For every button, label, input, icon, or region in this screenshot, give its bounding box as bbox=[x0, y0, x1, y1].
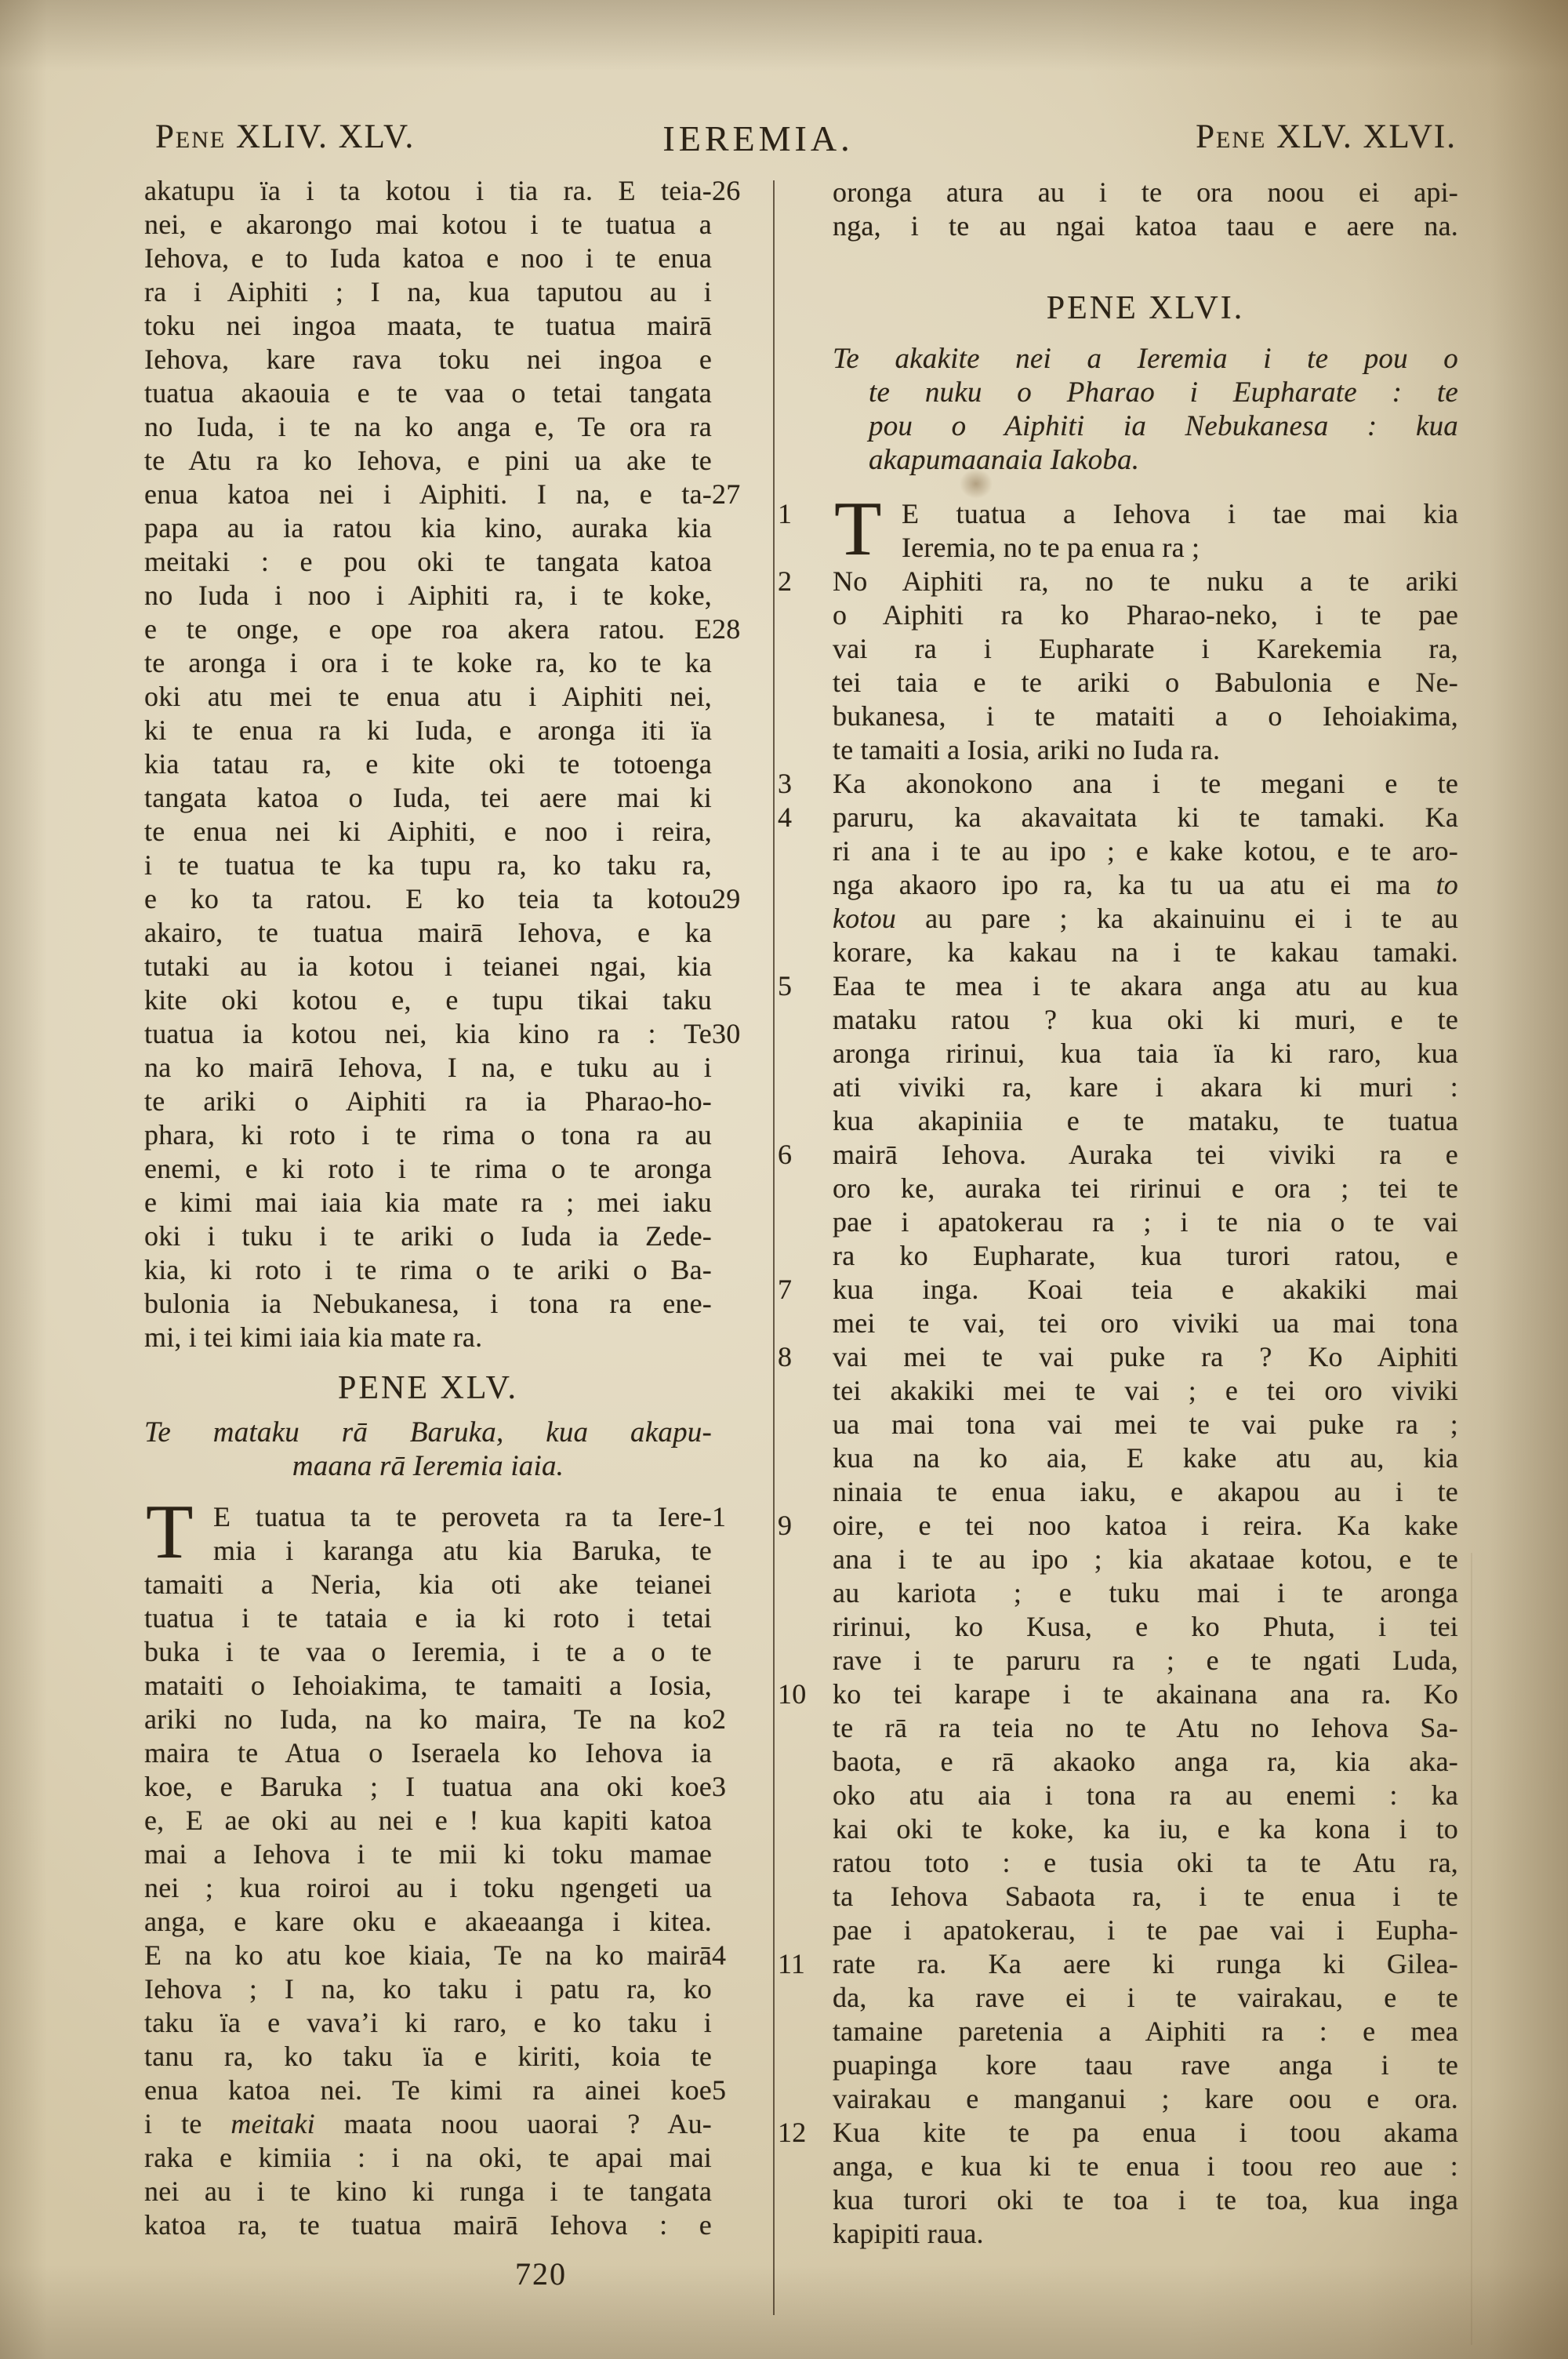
chapter-summary-line: maana rā Ieremia iaia. bbox=[144, 1449, 712, 1483]
text-line: ninaia te enua iaku, e akapou au i te bbox=[833, 1475, 1458, 1509]
text-segment: kia tatau ra, e kite oki te totoenga bbox=[144, 748, 712, 780]
text-segment: nei ; kua roiroi au i toku ngengeti ua bbox=[144, 1872, 712, 1903]
text-line: kite oki kotou e, e tupu tikai taku bbox=[144, 983, 712, 1017]
text-segment: te ariki o Aiphiti ra ia Pharao-ho- bbox=[144, 1085, 712, 1117]
text-segment: kua inga. Koai teia e akakiki mai bbox=[833, 1274, 1458, 1305]
text-segment: Iehova, e to Iuda katoa e noo i te enua bbox=[144, 242, 712, 274]
text-line: ta Iehova Sabaota ra, i te enua i te bbox=[833, 1880, 1458, 1914]
text-segment: te aronga i ora i te koke ra, ko te ka bbox=[144, 647, 712, 678]
verse-number: 11 bbox=[778, 1947, 822, 1981]
text-line: tamaiti a Neria, kia oti ake teianei bbox=[144, 1568, 712, 1601]
verse-text-block: 26akatupu ïa i ta kotou i tia ra. E teia… bbox=[144, 174, 712, 1354]
text-line: 1TE tuatua ta te peroveta ra ta Iere- bbox=[144, 1500, 712, 1534]
text-line: papa au ia ratou kia kino, auraka kia bbox=[144, 511, 712, 545]
text-line: na ko mairā Iehova, I na, e tuku au i bbox=[144, 1051, 712, 1085]
text-segment: tamaiti a Neria, kia oti ake teianei bbox=[144, 1568, 712, 1600]
verse-number: 3 bbox=[712, 1770, 756, 1804]
text-line: oko atu aia i tona ra au enemi : ka bbox=[833, 1779, 1458, 1812]
text-line: vai ra i Eupharate i Karekemia ra, bbox=[833, 632, 1458, 666]
text-line: toku nei ingoa maata, te tuatua mairā bbox=[144, 309, 712, 343]
text-segment: ati viviki ra, kare i akara ki muri : bbox=[833, 1071, 1458, 1103]
text-segment: mi, i tei kimi iaia kia mate ra. bbox=[144, 1321, 482, 1353]
text-segment: ririnui, ko Kusa, e ko Phuta, i tei bbox=[833, 1611, 1458, 1642]
text-segment: paruru, ka akavaitata ki te tamaki. Ka bbox=[833, 801, 1458, 833]
text-line: tangata katoa o Iuda, tei aere mai ki bbox=[144, 781, 712, 815]
text-segment: aronga ririnui, kua taia ïa ki raro, kua bbox=[833, 1038, 1458, 1069]
text-line: ua mai tona vai mei te vai puke ra ; bbox=[833, 1408, 1458, 1441]
text-segment: ninaia te enua iaku, e akapou au i te bbox=[833, 1476, 1458, 1507]
text-line: aronga ririnui, kua taia ïa ki raro, kua bbox=[833, 1037, 1458, 1070]
text-segment: tangata katoa o Iuda, tei aere mai ki bbox=[144, 782, 712, 813]
text-segment: vai ra i Eupharate i Karekemia ra, bbox=[833, 633, 1458, 664]
text-segment: kua akapiniia e te mataku, te tuatua bbox=[833, 1105, 1458, 1136]
text-segment: toku nei ingoa maata, te tuatua mairā bbox=[144, 310, 712, 341]
text-segment: oki i tuku i te ariki o Iuda ia Zede- bbox=[144, 1220, 712, 1252]
text-line: 27enua katoa nei i Aiphiti. I na, e ta- bbox=[144, 478, 712, 511]
text-segment: Iehova ; I na, ko taku i patu ra, ko bbox=[144, 1973, 712, 2005]
text-line: maira te Atua o Iseraela ko Iehova ia bbox=[144, 1736, 712, 1770]
text-segment: oko atu aia i tona ra au enemi : ka bbox=[833, 1779, 1458, 1811]
verse-number: 26 bbox=[712, 174, 756, 208]
text-line: 11rate ra. Ka aere ki runga ki Gilea- bbox=[833, 1947, 1458, 1981]
text-line: e, E ae oki au nei e ! kua kapiti katoa bbox=[144, 1804, 712, 1837]
chapter-summary-line: te nuku o Pharao i Eupharate : te bbox=[833, 376, 1458, 409]
text-line: tutaki au ia kotou i teianei ngai, kia bbox=[144, 950, 712, 983]
text-segment: enua katoa nei. Te kimi ra ainei koe bbox=[144, 2074, 712, 2106]
verse-number: 5 bbox=[778, 969, 822, 1003]
text-segment: E tuatua a Iehova i tae mai kia bbox=[902, 498, 1458, 529]
text-segment: enua katoa nei i Aiphiti. I na, e ta- bbox=[144, 478, 712, 510]
text-segment: o Aiphiti ra ko Pharao-neko, i te pae bbox=[833, 599, 1458, 631]
text-segment: oki atu mei te enua atu i Aiphiti nei, bbox=[144, 681, 712, 712]
text-line: 5Eaa te mea i te akara anga atu au kua bbox=[833, 969, 1458, 1003]
text-segment: ri ana i te au ipo ; e kake kotou, e te … bbox=[833, 835, 1458, 867]
page-edge-shadow bbox=[1471, 1553, 1472, 2345]
chapter-summary-line: Te mataku rā Baruka, kua akapu- bbox=[144, 1416, 712, 1449]
verse-number: 1 bbox=[712, 1500, 756, 1534]
text-line: nei ; kua roiroi au i toku ngengeti ua bbox=[144, 1871, 712, 1905]
text-line: 5enua katoa nei. Te kimi ra ainei koe bbox=[144, 2074, 712, 2107]
text-line: e kimi mai iaia kia mate ra ; mei iaku bbox=[144, 1186, 712, 1219]
text-line: vairakau e manganui ; kare oou e ora. bbox=[833, 2082, 1458, 2116]
text-line: 12Kua kite te pa enua i toou akama bbox=[833, 2116, 1458, 2150]
italic-text: to bbox=[1436, 869, 1458, 900]
text-line: raka e kimiia : i na oki, te apai mai bbox=[144, 2141, 712, 2175]
running-head-right: Pene XLV. XLVI. bbox=[1196, 118, 1457, 156]
text-segment: ua mai tona vai mei te vai puke ra ; bbox=[833, 1408, 1458, 1440]
text-line: Ieremia, no te pa enua ra ; bbox=[833, 531, 1458, 565]
text-segment: enemi, e ki roto i te rima o te aronga bbox=[144, 1153, 712, 1184]
text-line: rave i te paruru ra ; e te ngati Luda, bbox=[833, 1644, 1458, 1677]
text-segment: Eaa te mea i te akara anga atu au kua bbox=[833, 970, 1458, 1001]
text-line: anga, e kua ki te enua i toou reo aue : bbox=[833, 2150, 1458, 2183]
chapter-summary-line: Te akakite nei a Ieremia i te pou o bbox=[833, 342, 1458, 376]
text-line: tei taia e te ariki o Babulonia e Ne- bbox=[833, 666, 1458, 700]
text-segment: maira te Atua o Iseraela ko Iehova ia bbox=[144, 1737, 712, 1768]
text-segment: akatupu ïa i ta kotou i tia ra. E teia- bbox=[144, 175, 712, 206]
text-segment: e, E ae oki au nei e ! kua kapiti katoa bbox=[144, 1805, 712, 1836]
text-segment: taku ïa e vava’i ki raro, e ko taku i bbox=[144, 2007, 712, 2038]
text-line: kapipiti raua. bbox=[833, 2217, 1458, 2251]
text-segment: te tamaiti a Iosia, ariki no Iuda ra. bbox=[833, 734, 1220, 765]
text-line: enemi, e ki roto i te rima o te aronga bbox=[144, 1152, 712, 1186]
text-segment: te enua nei ki Aiphiti, e noo i reira, bbox=[144, 816, 712, 847]
text-segment: raka e kimiia : i na oki, te apai mai bbox=[144, 2142, 712, 2173]
text-segment: ta Iehova Sabaota ra, i te enua i te bbox=[833, 1881, 1458, 1912]
verse-number: 30 bbox=[712, 1017, 756, 1051]
text-segment: papa au ia ratou kia kino, auraka kia bbox=[144, 512, 712, 543]
text-segment: nga, i te au ngai katoa taau e aere na. bbox=[833, 210, 1458, 242]
verse-number: 7 bbox=[778, 1273, 822, 1307]
text-line: tei akakiki mei te vai ; e tei oro vivik… bbox=[833, 1374, 1458, 1408]
text-line: i te meitaki maata noou uaorai ? Au- bbox=[144, 2107, 712, 2141]
text-line: 26akatupu ïa i ta kotou i tia ra. E teia… bbox=[144, 174, 712, 208]
text-segment: mia i karanga atu kia Baruka, te bbox=[213, 1535, 712, 1566]
text-line: anga, e kare oku e akaeaanga i kitea. bbox=[144, 1905, 712, 1939]
text-segment: e kimi mai iaia kia mate ra ; mei iaku bbox=[144, 1187, 712, 1218]
verse-number: 8 bbox=[778, 1340, 822, 1374]
text-segment: kua na ko aia, E kake atu au, kia bbox=[833, 1442, 1458, 1474]
text-line: no Iuda i noo i Aiphiti ra, i te koke, bbox=[144, 579, 712, 612]
text-line: au kariota ; e tuku mai i te aronga bbox=[833, 1576, 1458, 1610]
verse-text-block: oronga atura au i te ora noou ei api-nga… bbox=[833, 176, 1458, 243]
text-segment: te nuku o Pharao i Eupharate : te bbox=[869, 376, 1458, 409]
text-segment: tuatua ia kotou nei, kia kino ra : Te bbox=[144, 1018, 712, 1049]
text-line: ana i te au ipo ; kia akataae kotou, e t… bbox=[833, 1543, 1458, 1576]
text-line: nei au i te kino ki runga i te tangata bbox=[144, 2175, 712, 2208]
text-segment: mataiti o Iehoiakima, te tamaiti a Iosia… bbox=[144, 1670, 712, 1701]
text-line: pae i apatokerau ra ; i te nia o te vai bbox=[833, 1205, 1458, 1239]
text-line: tuatua i te tataia e ia ki roto i tetai bbox=[144, 1601, 712, 1635]
text-segment: ariki no Iuda, na ko maira, Te na ko bbox=[144, 1703, 712, 1735]
text-segment: i te bbox=[144, 2108, 230, 2139]
text-line: tanu ra, ko taku ïa e kiriti, koia te bbox=[144, 2040, 712, 2074]
text-segment: bukanesa, i te mataiti a o Iehoiakima, bbox=[833, 700, 1458, 732]
text-segment: maata noou uaorai ? Au- bbox=[315, 2108, 712, 2139]
chapter-heading: PENE XLV. bbox=[144, 1367, 712, 1409]
text-segment: tei akakiki mei te vai ; e tei oro vivik… bbox=[833, 1375, 1458, 1406]
text-line: te enua nei ki Aiphiti, e noo i reira, bbox=[144, 815, 712, 849]
text-segment: te rā ra teia no te Atu no Iehova Sa- bbox=[833, 1712, 1458, 1743]
text-line: Iehova, kare rava toku nei ingoa e bbox=[144, 343, 712, 376]
text-segment: baota, e rā akaoko anga ra, kia aka- bbox=[833, 1746, 1458, 1777]
text-segment: kapipiti raua. bbox=[833, 2218, 984, 2249]
text-line: ratou toto : e tusia oki ta te Atu ra, bbox=[833, 1846, 1458, 1880]
chapter-summary: Te akakite nei a Ieremia i te pou ote nu… bbox=[833, 342, 1458, 477]
text-segment: te Atu ra ko Iehova, e pini ua ake te bbox=[144, 445, 712, 476]
text-line: mataku ratou ? kua oki ki muri, e te bbox=[833, 1003, 1458, 1037]
text-line: kia tatau ra, e kite oki te totoenga bbox=[144, 747, 712, 781]
text-line: o Aiphiti ra ko Pharao-neko, i te pae bbox=[833, 598, 1458, 632]
text-line: 9oire, e tei noo katoa i reira. Ka kake bbox=[833, 1509, 1458, 1543]
verse-number: 9 bbox=[778, 1509, 822, 1543]
text-line: oronga atura au i te ora noou ei api- bbox=[833, 176, 1458, 209]
book-page: Pene XLIV. XLV. IEREMIA. Pene XLV. XLVI.… bbox=[0, 0, 1568, 2359]
text-line: akairo, te tuatua mairā Iehova, e ka bbox=[144, 916, 712, 950]
text-line: meitaki : e pou oki te tangata katoa bbox=[144, 545, 712, 579]
verse-number: 4 bbox=[712, 1939, 756, 1972]
page-number: 720 bbox=[439, 2255, 643, 2292]
text-line: te aronga i ora i te koke ra, ko te ka bbox=[144, 646, 712, 680]
text-line: tamaine paretenia a Aiphiti ra : e mea bbox=[833, 2015, 1458, 2048]
text-line: 3Ka akonokono ana i te megani e te bbox=[833, 767, 1458, 801]
text-line: no Iuda, i te na ko anga e, Te ora ra bbox=[144, 410, 712, 444]
text-segment: Ieremia, no te pa enua ra ; bbox=[902, 532, 1200, 563]
verse-number: 1 bbox=[778, 497, 822, 531]
verse-number: 6 bbox=[778, 1138, 822, 1172]
text-segment: phara, ki roto i te rima o tona ra au bbox=[144, 1119, 712, 1150]
text-segment: katoa ra, te tuatua mairā Iehova : e bbox=[144, 2209, 712, 2241]
verse-number: 3 bbox=[778, 767, 822, 801]
text-line: kia, ki roto i te rima o te ariki o Ba- bbox=[144, 1253, 712, 1287]
text-segment: No Aiphiti ra, no te nuku a te ariki bbox=[833, 565, 1458, 597]
text-line: i te tuatua te ka tupu ra, ko taku ra, bbox=[144, 849, 712, 882]
verse-number: 29 bbox=[712, 882, 756, 916]
text-segment: au pare ; ka akainuinu ei i te au bbox=[896, 903, 1458, 934]
text-segment: pou o Aiphiti ia Nebukanesa : kua bbox=[869, 410, 1458, 442]
text-segment: nei, e akarongo mai kotou i te tuatua a bbox=[144, 209, 712, 240]
running-head-left: Pene XLIV. XLV. bbox=[155, 118, 415, 156]
text-line: 10ko tei karape i te akainana ana ra. Ko bbox=[833, 1677, 1458, 1711]
text-segment: tuatua akaouia e te vaa o tetai tangata bbox=[144, 377, 712, 409]
text-line: mi, i tei kimi iaia kia mate ra. bbox=[144, 1321, 712, 1354]
text-segment: ra i Aiphiti ; I na, kua taputou au i bbox=[144, 276, 712, 307]
text-line: kai oki te koke, ka iu, e ka kona i to bbox=[833, 1812, 1458, 1846]
text-line: nei, e akarongo mai kotou i te tuatua a bbox=[144, 208, 712, 242]
verse-number: 2 bbox=[778, 565, 822, 598]
text-segment: Iehova, kare rava toku nei ingoa e bbox=[144, 343, 712, 375]
text-line: kua akapiniia e te mataku, te tuatua bbox=[833, 1104, 1458, 1138]
text-segment: Te akakite nei a Ieremia i te pou o bbox=[833, 343, 1458, 375]
text-line: te tamaiti a Iosia, ariki no Iuda ra. bbox=[833, 733, 1458, 767]
text-segment: no Iuda, i te na ko anga e, Te ora ra bbox=[144, 411, 712, 442]
text-line: bulonia ia Nebukanesa, i tona ra ene- bbox=[144, 1287, 712, 1321]
text-line: 28e te onge, e ope roa akera ratou. E bbox=[144, 612, 712, 646]
text-segment: tuatua i te tataia e ia ki roto i tetai bbox=[144, 1602, 712, 1634]
text-line: pae i apatokerau, i te pae vai i Eupha- bbox=[833, 1914, 1458, 1947]
text-segment: nei au i te kino ki runga i te tangata bbox=[144, 2175, 712, 2207]
text-line: da, ka rave ei i te vairakau, e te bbox=[833, 1981, 1458, 2015]
text-line: ki te enua ra ki Iuda, e aronga iti ïa bbox=[144, 714, 712, 747]
text-segment: e te onge, e ope roa akera ratou. E bbox=[144, 613, 712, 645]
verse-number: 2 bbox=[712, 1703, 756, 1736]
text-line: te ariki o Aiphiti ra ia Pharao-ho- bbox=[144, 1085, 712, 1118]
text-segment: buka i te vaa o Ieremia, i te a o te bbox=[144, 1636, 712, 1667]
text-segment: tei taia e te ariki o Babulonia e Ne- bbox=[833, 667, 1458, 698]
book-title: IEREMIA. bbox=[662, 118, 853, 159]
right-column: oronga atura au i te ora noou ei api-nga… bbox=[833, 176, 1458, 2251]
text-segment: kua turori oki te toa i te toa, kua inga bbox=[833, 2184, 1458, 2215]
text-segment: rave i te paruru ra ; e te ngati Luda, bbox=[833, 1645, 1458, 1676]
verse-number: 10 bbox=[778, 1677, 822, 1711]
verse-number: 4 bbox=[778, 801, 822, 834]
italic-text: kotou bbox=[833, 903, 896, 934]
chapter-summary: Te mataku rā Baruka, kua akapu-maana rā … bbox=[144, 1416, 712, 1483]
text-line: 7kua inga. Koai teia e akakiki mai bbox=[833, 1273, 1458, 1307]
text-line: nga akaoro ipo ra, ka tu ua atu ei ma to bbox=[833, 868, 1458, 902]
text-segment: kia, ki roto i te rima o te ariki o Ba- bbox=[144, 1254, 712, 1285]
text-line: bukanesa, i te mataiti a o Iehoiakima, bbox=[833, 700, 1458, 733]
text-line: ra i Aiphiti ; I na, kua taputou au i bbox=[144, 275, 712, 309]
text-segment: ratou toto : e tusia oki ta te Atu ra, bbox=[833, 1847, 1458, 1878]
text-segment: akapumaanaia Iakoba. bbox=[869, 444, 1139, 476]
text-line: mataiti o Iehoiakima, te tamaiti a Iosia… bbox=[144, 1669, 712, 1703]
text-line: taku ïa e vava’i ki raro, e ko taku i bbox=[144, 2006, 712, 2040]
text-segment: anga, e kua ki te enua i toou reo aue : bbox=[833, 2150, 1458, 2182]
text-segment: ana i te au ipo ; kia akataae kotou, e t… bbox=[833, 1543, 1458, 1575]
text-segment: pae i apatokerau ra ; i te nia o te vai bbox=[833, 1206, 1458, 1238]
text-line: 2No Aiphiti ra, no te nuku a te ariki bbox=[833, 565, 1458, 598]
italic-text: meitaki bbox=[230, 2108, 314, 2139]
verse-text-block: 1TE tuatua a Iehova i tae mai kiaIeremia… bbox=[833, 497, 1458, 2251]
text-line: 2ariki no Iuda, na ko maira, Te na ko bbox=[144, 1703, 712, 1736]
text-segment: oro ke, auraka tei ririnui e ora ; tei t… bbox=[833, 1172, 1458, 1204]
text-segment: mei te vai, tei oro viviki ua mai tona bbox=[833, 1307, 1458, 1339]
text-line: phara, ki roto i te rima o tona ra au bbox=[144, 1118, 712, 1152]
text-line: oki i tuku i te ariki o Iuda ia Zede- bbox=[144, 1219, 712, 1253]
text-segment: bulonia ia Nebukanesa, i tona ra ene- bbox=[144, 1288, 712, 1319]
text-segment: vai mei te vai puke ra ? Ko Aiphiti bbox=[833, 1341, 1458, 1372]
text-segment: mataku ratou ? kua oki ki muri, e te bbox=[833, 1004, 1458, 1035]
text-line: ririnui, ko Kusa, e ko Phuta, i tei bbox=[833, 1610, 1458, 1644]
text-line: kotou au pare ; ka akainuinu ei i te au bbox=[833, 902, 1458, 936]
text-segment: rate ra. Ka aere ki runga ki Gilea- bbox=[833, 1948, 1458, 1979]
text-segment: Te mataku rā Baruka, kua akapu- bbox=[144, 1416, 712, 1448]
left-column: 26akatupu ïa i ta kotou i tia ra. E teia… bbox=[144, 174, 712, 2242]
text-line: oki atu mei te enua atu i Aiphiti nei, bbox=[144, 680, 712, 714]
text-line: baota, e rā akaoko anga ra, kia aka- bbox=[833, 1745, 1458, 1779]
text-segment: na ko mairā Iehova, I na, e tuku au i bbox=[144, 1052, 712, 1083]
text-segment: akairo, te tuatua mairā Iehova, e ka bbox=[144, 917, 712, 948]
verse-text-block: 1TE tuatua ta te peroveta ra ta Iere-mia… bbox=[144, 1500, 712, 2242]
text-segment: maana rā Ieremia iaia. bbox=[292, 1450, 564, 1482]
text-line: 30tuatua ia kotou nei, kia kino ra : Te bbox=[144, 1017, 712, 1051]
text-segment: vairakau e manganui ; kare oou e ora. bbox=[833, 2083, 1458, 2114]
text-line: 4E na ko atu koe kiaia, Te na ko mairā bbox=[144, 1939, 712, 1972]
text-segment: koe, e Baruka ; I tuatua ana oki koe bbox=[144, 1771, 712, 1802]
text-segment: Kua kite te pa enua i toou akama bbox=[833, 2117, 1458, 2148]
text-segment: meitaki : e pou oki te tangata katoa bbox=[144, 546, 712, 577]
text-line: nga, i te au ngai katoa taau e aere na. bbox=[833, 209, 1458, 243]
text-line: oro ke, auraka tei ririnui e ora ; tei t… bbox=[833, 1172, 1458, 1205]
text-segment: puapinga kore taau rave anga i te bbox=[833, 2049, 1458, 2081]
text-line: korare, ka kakau na i te kakau tamaki. bbox=[833, 936, 1458, 969]
chapter-summary-line: akapumaanaia Iakoba. bbox=[833, 443, 1458, 477]
text-line: 6mairā Iehova. Auraka tei viviki ra e bbox=[833, 1138, 1458, 1172]
chapter-heading: PENE XLVI. bbox=[833, 287, 1458, 329]
text-line: Iehova ; I na, ko taku i patu ra, ko bbox=[144, 1972, 712, 2006]
text-segment: i te tuatua te ka tupu ra, ko taku ra, bbox=[144, 849, 712, 881]
text-line: puapinga kore taau rave anga i te bbox=[833, 2048, 1458, 2082]
text-line: 1TE tuatua a Iehova i tae mai kia bbox=[833, 497, 1458, 531]
text-line: tuatua akaouia e te vaa o tetai tangata bbox=[144, 376, 712, 410]
text-line: ati viviki ra, kare i akara ki muri : bbox=[833, 1070, 1458, 1104]
chapter-summary-line: pou o Aiphiti ia Nebukanesa : kua bbox=[833, 409, 1458, 443]
text-line: mei te vai, tei oro viviki ua mai tona bbox=[833, 1307, 1458, 1340]
text-segment: ra ko Eupharate, kua turori ratou, e bbox=[833, 1240, 1458, 1271]
text-segment: kai oki te koke, ka iu, e ka kona i to bbox=[833, 1813, 1458, 1845]
text-line: ri ana i te au ipo ; e kake kotou, e te … bbox=[833, 834, 1458, 868]
text-segment: tutaki au ia kotou i teianei ngai, kia bbox=[144, 951, 712, 982]
text-segment: E na ko atu koe kiaia, Te na ko mairā bbox=[144, 1939, 712, 1971]
text-line: kua turori oki te toa i te toa, kua inga bbox=[833, 2183, 1458, 2217]
text-line: 8vai mei te vai puke ra ? Ko Aiphiti bbox=[833, 1340, 1458, 1374]
text-segment: anga, e kare oku e akaeaanga i kitea. bbox=[144, 1906, 712, 1937]
text-line: 3koe, e Baruka ; I tuatua ana oki koe bbox=[144, 1770, 712, 1804]
verse-number: 28 bbox=[712, 612, 756, 646]
text-segment: no Iuda i noo i Aiphiti ra, i te koke, bbox=[144, 580, 712, 611]
text-line: ra ko Eupharate, kua turori ratou, e bbox=[833, 1239, 1458, 1273]
column-divider bbox=[773, 180, 775, 2315]
text-line: 4paruru, ka akavaitata ki te tamaki. Ka bbox=[833, 801, 1458, 834]
text-segment: oronga atura au i te ora noou ei api- bbox=[833, 176, 1458, 208]
text-segment: korare, ka kakau na i te kakau tamaki. bbox=[833, 936, 1458, 968]
text-segment: tanu ra, ko taku ïa e kiriti, koia te bbox=[144, 2041, 712, 2072]
text-segment: ki te enua ra ki Iuda, e aronga iti ïa bbox=[144, 714, 712, 746]
verse-number: 27 bbox=[712, 478, 756, 511]
text-line: Iehova, e to Iuda katoa e noo i te enua bbox=[144, 242, 712, 275]
text-line: katoa ra, te tuatua mairā Iehova : e bbox=[144, 2208, 712, 2242]
text-segment: oire, e tei noo katoa i reira. Ka kake bbox=[833, 1510, 1458, 1541]
text-line: kua na ko aia, E kake atu au, kia bbox=[833, 1441, 1458, 1475]
text-segment: au kariota ; e tuku mai i te aronga bbox=[833, 1577, 1458, 1608]
text-segment: E tuatua ta te peroveta ra ta Iere- bbox=[213, 1501, 712, 1532]
text-line: mia i karanga atu kia Baruka, te bbox=[144, 1534, 712, 1568]
verse-number: 5 bbox=[712, 2074, 756, 2107]
text-segment: Ka akonokono ana i te megani e te bbox=[833, 768, 1458, 799]
text-segment: kite oki kotou e, e tupu tikai taku bbox=[144, 984, 712, 1016]
text-line: te rā ra teia no te Atu no Iehova Sa- bbox=[833, 1711, 1458, 1745]
text-line: mai a Iehova i te mii ki toku mamae bbox=[144, 1837, 712, 1871]
verse-number: 12 bbox=[778, 2116, 822, 2150]
text-segment: pae i apatokerau, i te pae vai i Eupha- bbox=[833, 1914, 1458, 1946]
text-line: buka i te vaa o Ieremia, i te a o te bbox=[144, 1635, 712, 1669]
text-line: te Atu ra ko Iehova, e pini ua ake te bbox=[144, 444, 712, 478]
text-segment: e ko ta ratou. E ko teia ta kotou bbox=[144, 883, 712, 914]
text-segment: mai a Iehova i te mii ki toku mamae bbox=[144, 1838, 712, 1870]
text-segment: ko tei karape i te akainana ana ra. Ko bbox=[833, 1678, 1458, 1710]
text-segment: tamaine paretenia a Aiphiti ra : e mea bbox=[833, 2016, 1458, 2047]
text-segment: mairā Iehova. Auraka tei viviki ra e bbox=[833, 1139, 1458, 1170]
text-line: 29e ko ta ratou. E ko teia ta kotou bbox=[144, 882, 712, 916]
text-segment: da, ka rave ei i te vairakau, e te bbox=[833, 1982, 1458, 2013]
text-segment: nga akaoro ipo ra, ka tu ua atu ei ma bbox=[833, 869, 1436, 900]
